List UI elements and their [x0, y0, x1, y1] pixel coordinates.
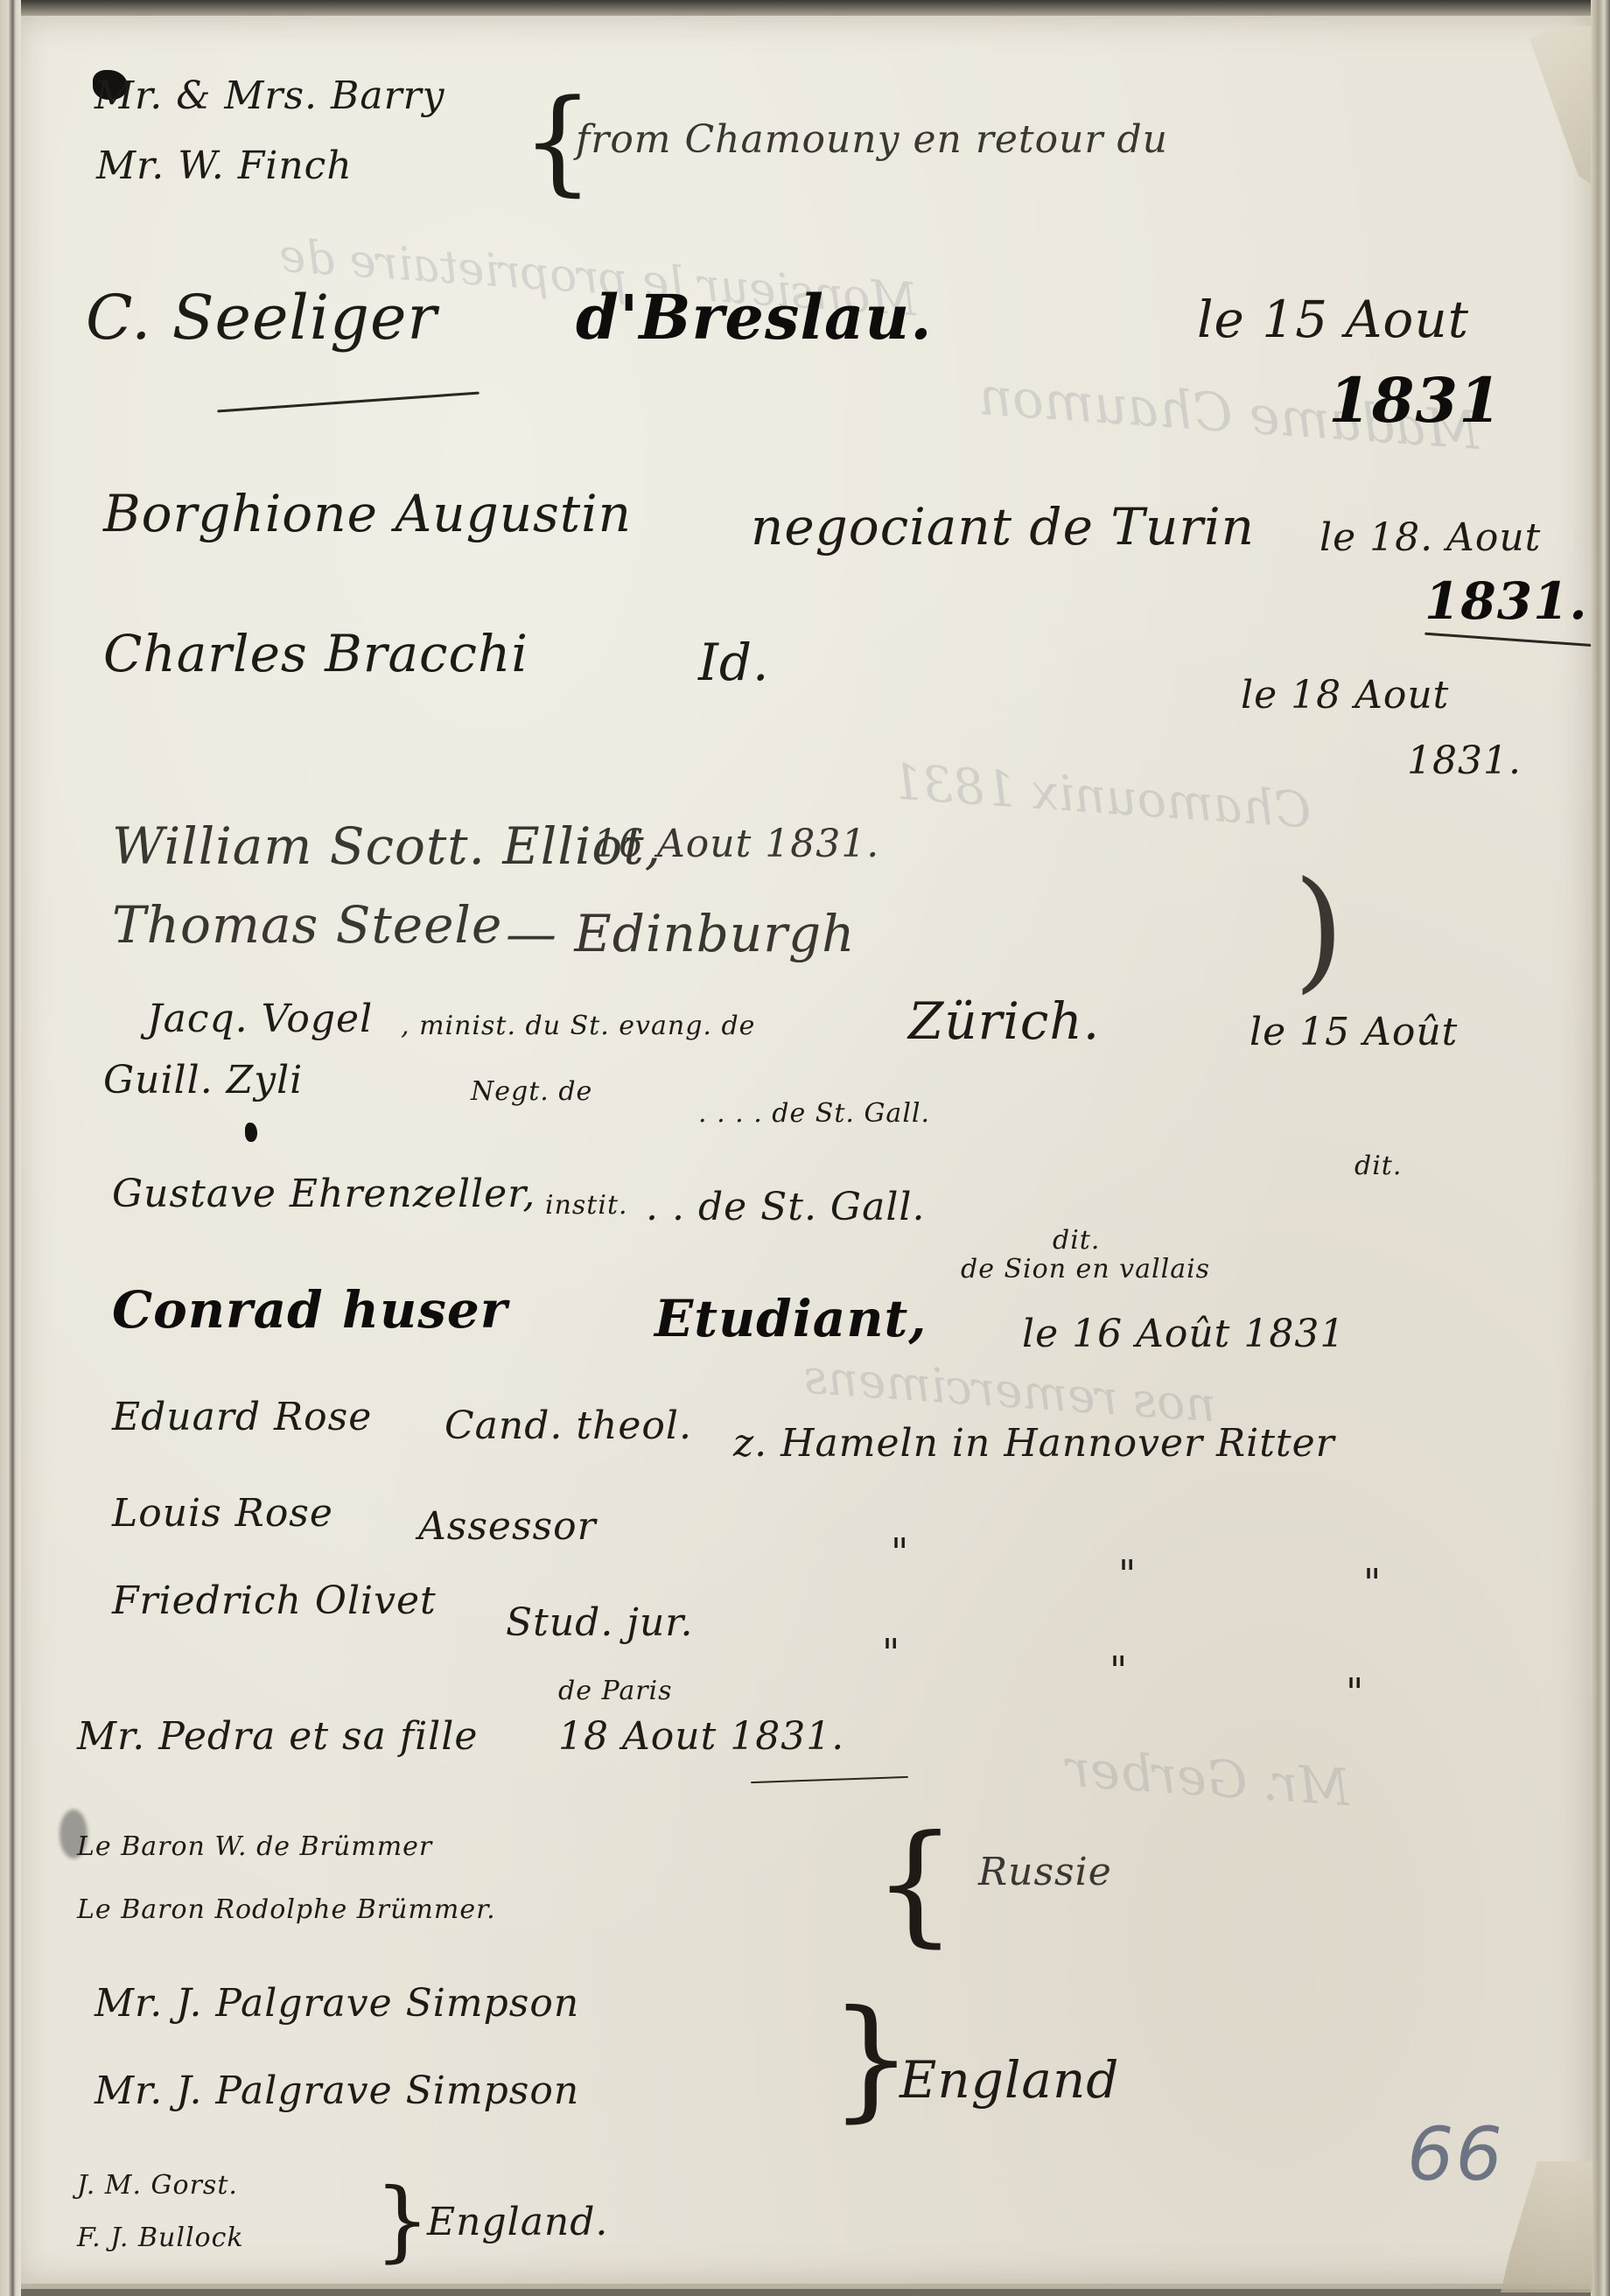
- entry-date: 18 Aout 1831.: [558, 1718, 844, 1756]
- entry-date: 16 Aout 1831.: [593, 825, 879, 864]
- entry-name: Le Baron Rodolphe Brümmer.: [77, 1897, 496, 1923]
- entry-ditto: Id.: [698, 637, 769, 688]
- ink-blot: [245, 1123, 257, 1142]
- divider-rule: [1424, 633, 1608, 648]
- ditto-mark: ": [1363, 1564, 1382, 1603]
- entry-date: le 15 Août: [1249, 1013, 1458, 1052]
- ditto-mark: ": [1118, 1556, 1137, 1594]
- entry-country: Russie: [978, 1853, 1112, 1892]
- entry-name: Eduard Rose: [112, 1398, 372, 1437]
- entry-note: from Chamouny en retour du: [576, 121, 1168, 159]
- ditto-mark: ": [882, 1634, 900, 1673]
- entry-name: Le Baron W. de Brümmer: [77, 1834, 432, 1860]
- binding-edge: [0, 0, 21, 2296]
- entry-name: Gustave Ehrenzeller,: [112, 1175, 535, 1214]
- entry-name: William Scott. Elliot,: [112, 821, 661, 871]
- bleed-through-text: Mr. Gerber: [1064, 1739, 1352, 1818]
- folio-number: 66: [1407, 2111, 1504, 2197]
- entry-date: le 16 Août 1831: [1022, 1315, 1345, 1354]
- entry-role: instit.: [545, 1193, 628, 1219]
- brace-icon: {: [873, 1818, 956, 1949]
- ditto-mark: ": [1109, 1652, 1128, 1690]
- entry-name: Charles Bracchi: [103, 628, 528, 679]
- entry-place: . . . . de St. Gall.: [698, 1101, 930, 1127]
- entry-year: 1831: [1328, 370, 1502, 431]
- entry-role: negociant de Turin: [751, 501, 1255, 552]
- entry-role: Stud. jur.: [506, 1604, 693, 1642]
- entry-ditto: dit.: [1053, 1228, 1100, 1254]
- entry-place-above: de Paris: [558, 1678, 673, 1704]
- entry-name: Mr. W. Finch: [96, 147, 353, 185]
- entry-role: Negt. de: [471, 1079, 592, 1105]
- entry-place: — Edinburgh: [506, 908, 856, 959]
- entry-place: . . de St. Gall.: [646, 1188, 925, 1227]
- ditto-mark: ": [1346, 1674, 1364, 1712]
- entry-name: Thomas Steele: [112, 899, 502, 950]
- entry-place-above: de Sion en vallais: [961, 1256, 1210, 1283]
- entry-name: Mr. J. Palgrave Simpson: [94, 2072, 579, 2110]
- entry-date: le 18. Aout: [1319, 519, 1541, 557]
- entry-name: Louis Rose: [112, 1494, 333, 1533]
- underline-flourish: [217, 392, 479, 413]
- entry-country: England: [899, 2054, 1119, 2105]
- divider-rule: [751, 1776, 908, 1783]
- brace-icon: }: [374, 2177, 430, 2264]
- entry-name: C. Seeliger: [86, 287, 437, 348]
- entry-date: le 18 Aout: [1241, 676, 1449, 715]
- entry-name: J. M. Gorst.: [77, 2173, 238, 2199]
- entry-place: d'Breslau.: [576, 287, 933, 348]
- entry-name: Friedrich Olivet: [112, 1582, 437, 1620]
- entry-name: Jacq. Vogel: [147, 1000, 373, 1039]
- entry-year: 1831.: [1424, 576, 1588, 626]
- entry-name: F. J. Bullock: [77, 2225, 244, 2251]
- entry-year: 1831.: [1407, 742, 1522, 780]
- entry-name: Borghione Augustin: [103, 488, 632, 539]
- entry-name: Mr. J. Palgrave Simpson: [94, 1984, 579, 2023]
- entry-name: Conrad huser: [112, 1284, 507, 1335]
- entry-name: Guill. Zyli: [103, 1061, 303, 1100]
- entry-role: Assessor: [418, 1508, 597, 1546]
- entry-ditto: dit.: [1354, 1153, 1402, 1179]
- bleed-through-text: Chamounix 1831: [889, 753, 1312, 839]
- entry-place: z. Hameln in Hannover Ritter: [733, 1424, 1335, 1463]
- entry-name: Mr. Pedra et sa fille: [77, 1718, 478, 1756]
- entry-country: England.: [427, 2203, 608, 2242]
- entry-role: , minist. du St. evang. de: [401, 1013, 755, 1039]
- manuscript-page: Monsieur le proprietaire de Madame Chaum…: [16, 16, 1591, 2289]
- entry-role: Cand. theol.: [444, 1407, 692, 1445]
- entry-date: le 15 Aout: [1197, 294, 1469, 345]
- entry-place: Zürich.: [908, 996, 1100, 1046]
- ditto-mark: ": [891, 1534, 909, 1572]
- entry-name: Mr. & Mrs. Barry: [94, 77, 445, 115]
- entry-role: Etudiant,: [654, 1293, 927, 1344]
- page-edge-right: [1591, 0, 1610, 2296]
- bracket-stroke: ): [1293, 864, 1345, 996]
